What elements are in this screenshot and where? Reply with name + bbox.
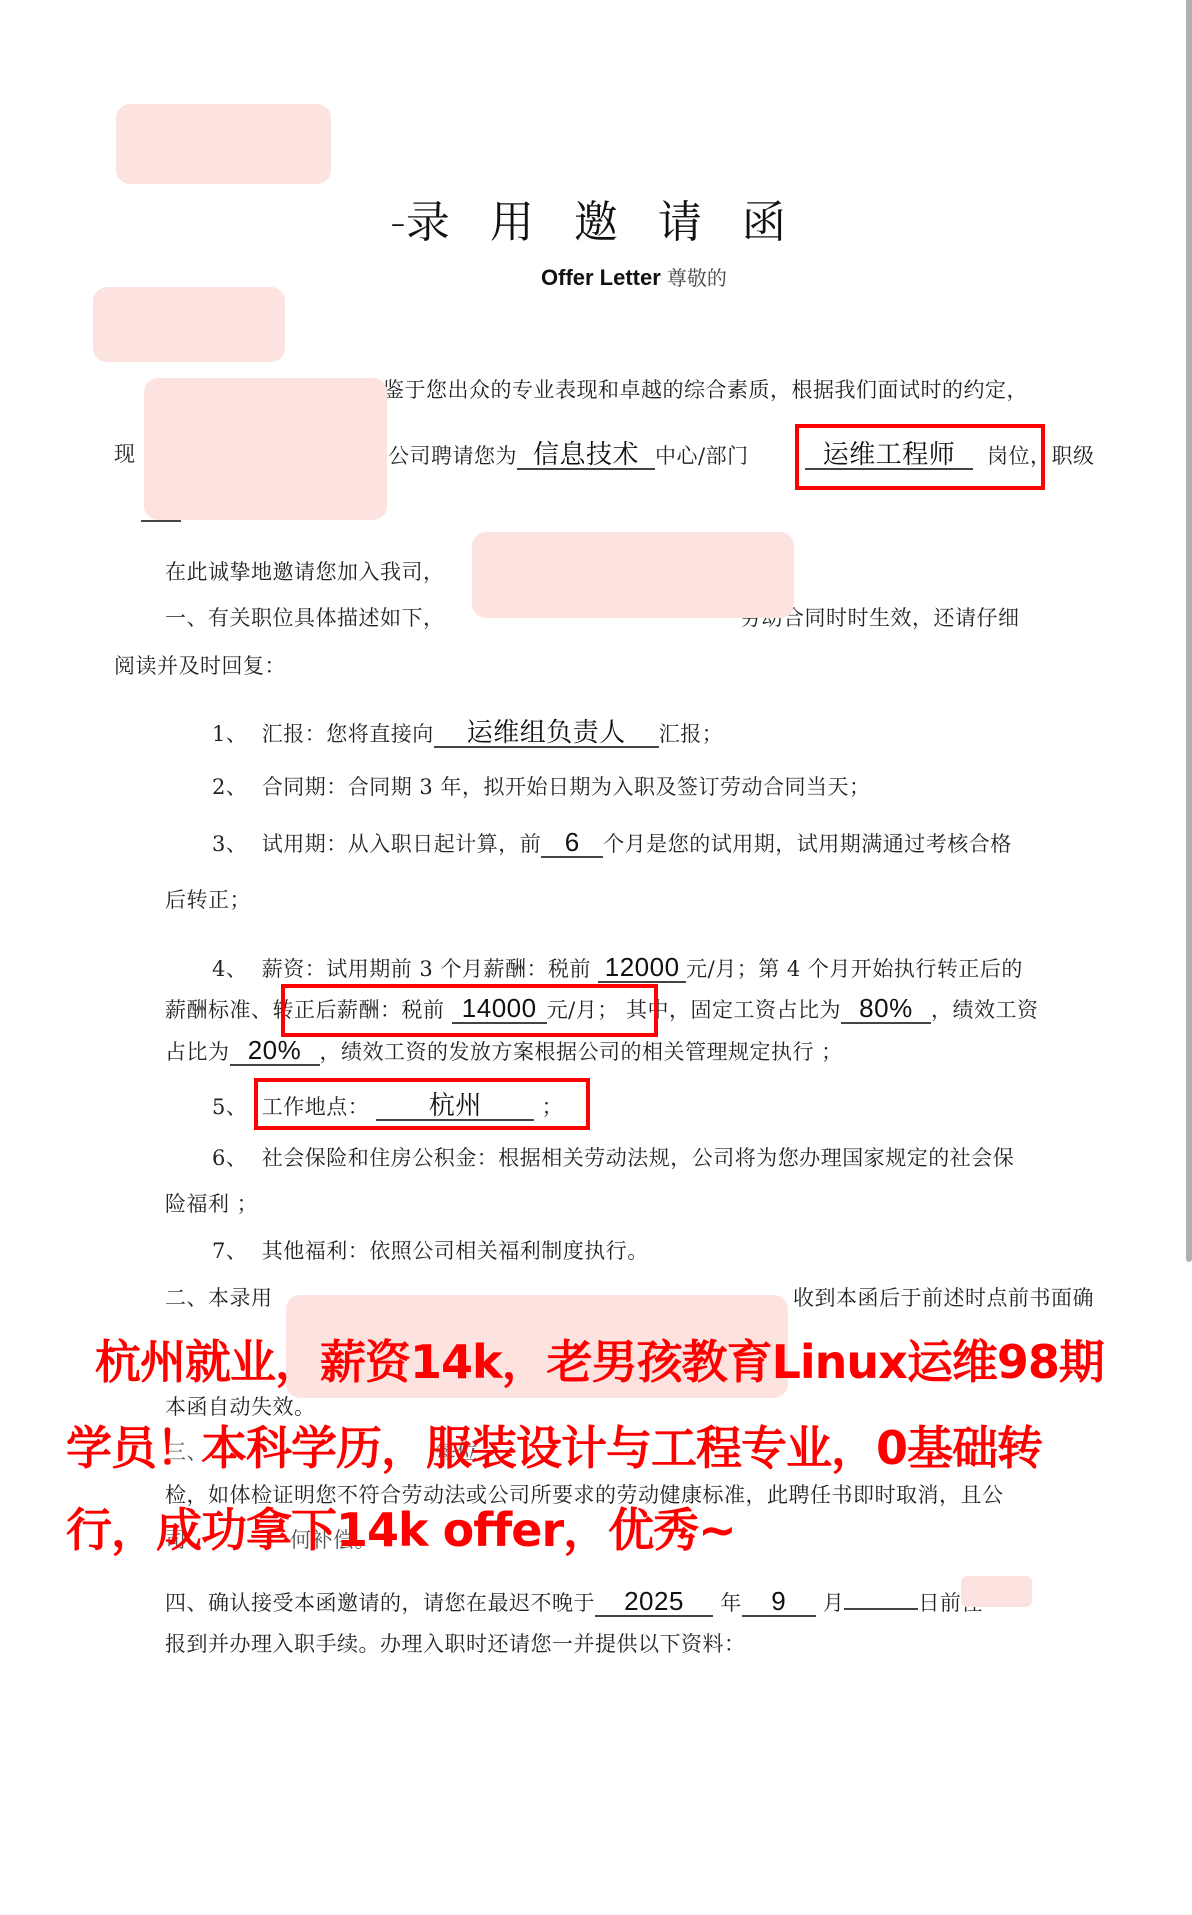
item-7: 7、 其他福利：依照公司相关福利制度执行。 — [212, 1237, 649, 1265]
invite-line: 在此诚挚地邀请您加入我司， — [165, 558, 445, 586]
redaction-box — [144, 378, 387, 520]
item-text: 个月是您的试用期，试用期满通过考核合格 — [603, 832, 1012, 856]
item-number: 2、 — [212, 775, 247, 799]
item-text: 薪酬标准、 — [165, 998, 273, 1022]
department-field: 信息技术 — [517, 440, 655, 470]
performance-ratio-field: 20% — [230, 1036, 320, 1066]
item-text: 合同期：合同期 3 年，拟开始日期为入职及签订劳动合同当天； — [262, 775, 871, 799]
redaction-box — [93, 287, 285, 362]
highlight-frame-salary — [281, 984, 658, 1037]
item-3: 3、 试用期：从入职日起计算，前6个月是您的试用期，试用期满通过考核合格 — [212, 828, 1012, 858]
section4-line-1: 四、确认接受本函邀请的，请您在最迟不晚于2025 年9 月日前往 — [165, 1587, 983, 1617]
intro-line-2: 公司聘请您为信息技术中心/部门 — [388, 440, 749, 470]
item-text: 薪资：试用期前 3 个月薪酬：税前 — [262, 957, 591, 981]
report-to-field: 运维组负责人 — [434, 718, 659, 748]
item-4: 4、 薪资：试用期前 3 个月薪酬：税前 12000元/月；第 4 个月开始执行… — [212, 953, 1023, 983]
subtitle-en: Offer Letter — [541, 265, 661, 290]
item-6: 6、 社会保险和住房公积金：根据相关劳动法规，公司将为您办理国家规定的社会保 — [212, 1144, 1014, 1172]
probation-salary-field: 12000 — [598, 953, 686, 983]
section2-c: 本函自动失效。 — [165, 1393, 316, 1421]
highlight-frame-position — [795, 424, 1045, 490]
document-subtitle: Offer Letter 尊敬的 — [541, 262, 727, 291]
item-text: 元/月；第 4 个月开始执行转正后的 — [686, 957, 1023, 981]
item-number: 7、 — [212, 1239, 247, 1263]
item-text: 占比为 — [165, 1040, 230, 1064]
salutation: 尊敬的 — [667, 266, 727, 290]
item-text: ，绩效工资 — [931, 998, 1039, 1022]
section4-line-2: 报到并办理入职手续。办理入职时还请您一并提供以下资料： — [165, 1630, 746, 1658]
item-text: 试用期：从入职日起计算，前 — [262, 832, 542, 856]
item-text: 年 — [720, 1591, 742, 1615]
caption-line-1: 杭州就业，薪资14k，老男孩教育Linux运维98期 — [95, 1334, 1104, 1390]
start-year-field: 2025 — [595, 1587, 713, 1617]
redaction-box — [472, 532, 794, 618]
item-text: 社会保险和住房公积金：根据相关劳动法规，公司将为您办理国家规定的社会保 — [262, 1146, 1015, 1170]
item-text: 汇报； — [659, 722, 724, 746]
start-day-field — [844, 1608, 918, 1610]
intro-text: 中心/部门 — [655, 444, 749, 468]
item-text: 四、确认接受本函邀请的，请您在最迟不晚于 — [165, 1591, 595, 1615]
item-3-cont: 后转正； — [165, 886, 251, 914]
intro-line-2-prefix: 现 — [114, 440, 136, 468]
item-text: ，绩效工资的发放方案根据公司的相关管理规定执行 ； — [320, 1040, 843, 1064]
item-text: 其他福利：依照公司相关福利制度执行。 — [262, 1239, 649, 1263]
section2-b: 收到本函后于前述时点前书面确 — [793, 1284, 1094, 1312]
item-number: 5、 — [212, 1095, 247, 1119]
document-title: -录用邀请函 — [390, 186, 786, 250]
fixed-ratio-field: 80% — [841, 994, 931, 1024]
intro-text: 公司聘请您为 — [388, 444, 517, 468]
item-6-cont: 险福利 ； — [165, 1190, 258, 1218]
section2-a: 二、本录用 — [165, 1284, 273, 1312]
item-4-line-3: 占比为20%，绩效工资的发放方案根据公司的相关管理规定执行 ； — [165, 1036, 843, 1066]
caption-line-2: 学员！本科学历，服装设计与工程专业，0基础转 — [66, 1420, 1042, 1476]
probation-months-field: 6 — [541, 828, 603, 858]
start-month-field: 9 — [742, 1587, 816, 1617]
section1-lead-c: 阅读并及时回复： — [114, 652, 286, 680]
redaction-box — [961, 1576, 1032, 1607]
intro-line-1: 鉴于您出众的专业表现和卓越的综合素质，根据我们面试时的约定， — [383, 376, 1028, 404]
item-number: 3、 — [212, 832, 247, 856]
item-1: 1、 汇报：您将直接向运维组负责人汇报； — [212, 718, 723, 748]
scrollbar[interactable] — [1186, 0, 1192, 1262]
redaction-box — [116, 104, 331, 184]
item-text: 其中，固定工资占比为 — [626, 998, 841, 1022]
section1-lead-a: 一、有关职位具体描述如下， — [165, 604, 445, 632]
title-char: 用 — [490, 186, 534, 250]
item-text: 月 — [823, 1591, 845, 1615]
title-char: 函 — [742, 186, 786, 250]
title-char: 邀 — [574, 186, 618, 250]
item-text: 汇报：您将直接向 — [262, 722, 434, 746]
title-char: -录 — [390, 186, 450, 250]
title-char: 请 — [658, 186, 702, 250]
highlight-frame-location — [254, 1078, 590, 1130]
item-2: 2、 合同期：合同期 3 年，拟开始日期为入职及签订劳动合同当天； — [212, 773, 870, 801]
item-number: 4、 — [212, 957, 247, 981]
item-number: 6、 — [212, 1146, 247, 1170]
caption-line-3: 行，成功拿下14k offer，优秀~ — [66, 1502, 736, 1558]
item-number: 1、 — [212, 722, 247, 746]
